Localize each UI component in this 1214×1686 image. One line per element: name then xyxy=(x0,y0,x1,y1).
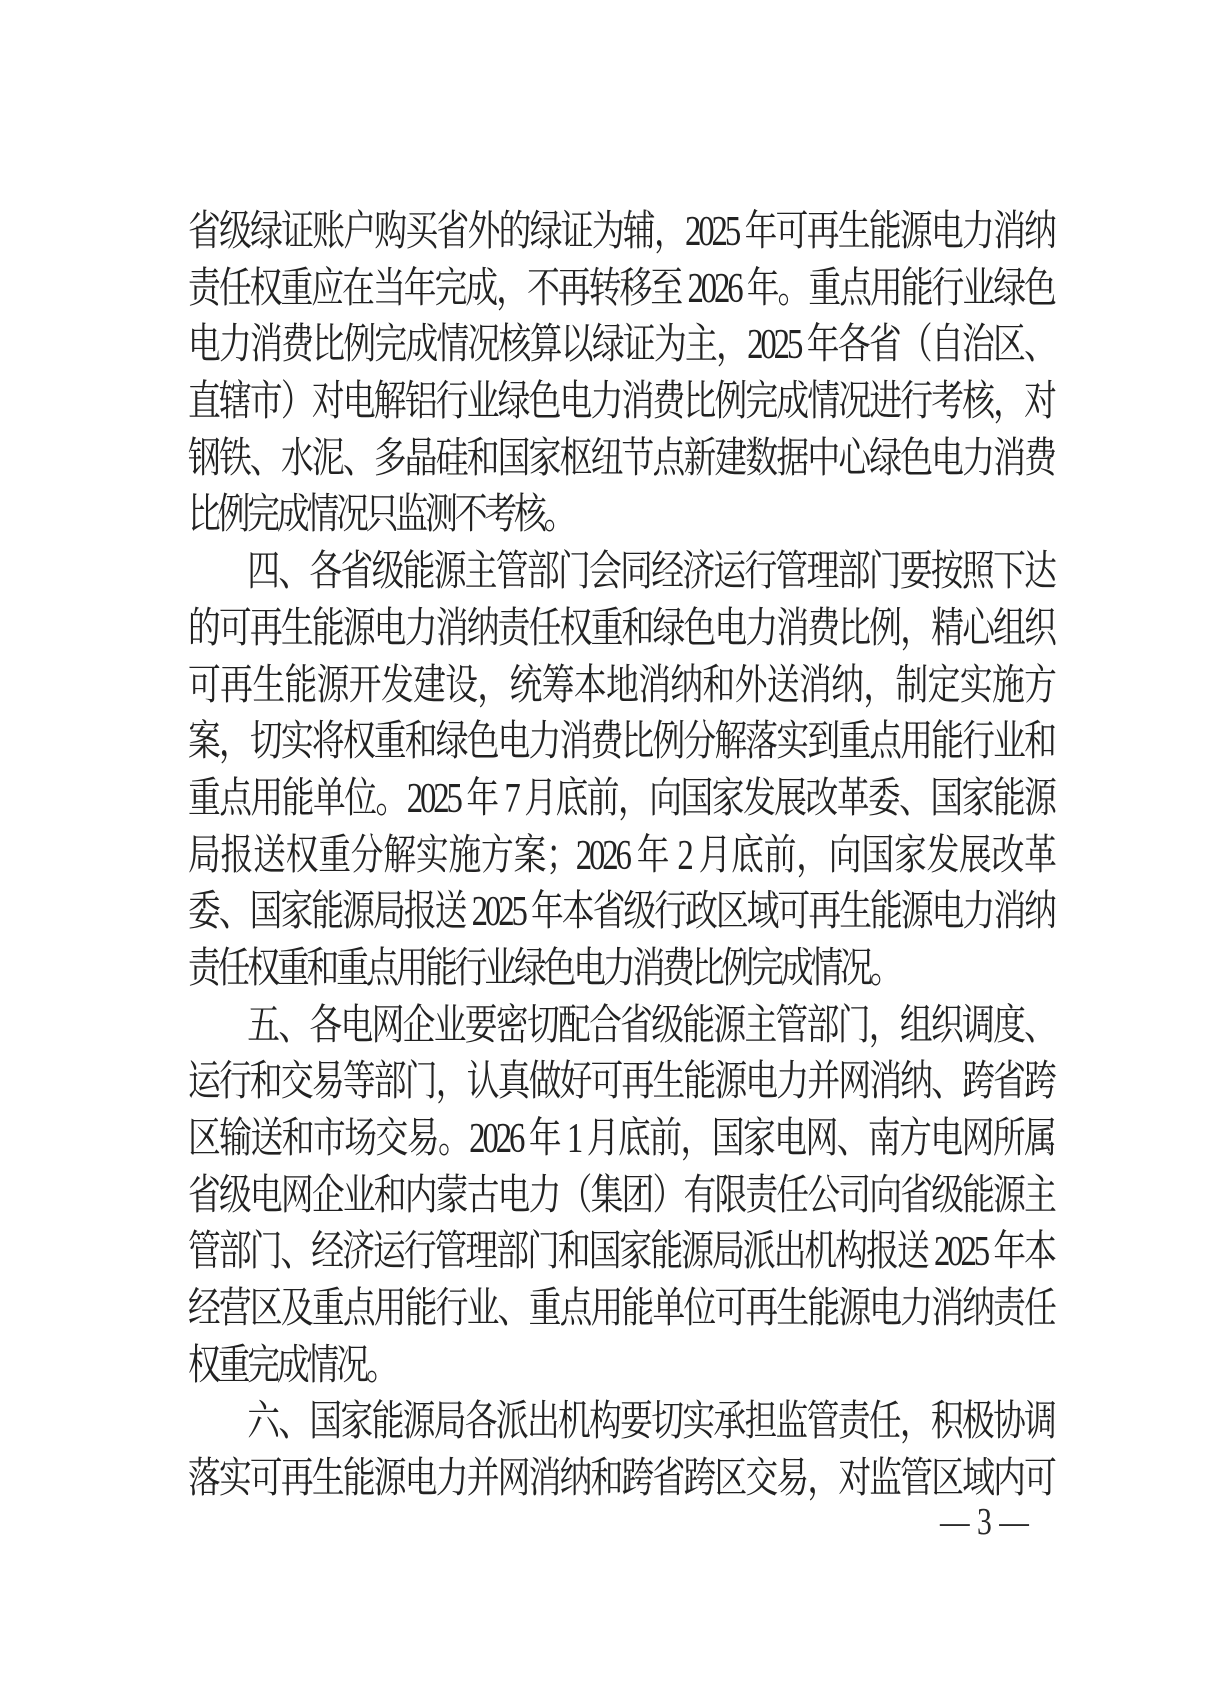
text-line: 运行和交易等部门，认真做好可再生能源电力并网消纳、跨省跨 xyxy=(188,1054,1054,1111)
text-line: 区输送和市场交易。2026 年 1 月底前，国家电网、南方电网所属 xyxy=(188,1111,1054,1168)
text-line: 电力消费比例完成情况核算以绿证为主，2025 年各省（自治区、 xyxy=(188,317,1054,374)
text-line: 可再生能源开发建设，统筹本地消纳和外送消纳，制定实施方 xyxy=(188,658,1054,715)
text-line: 委、国家能源局报送 2025 年本省级行政区域可再生能源电力消纳 xyxy=(188,884,1054,941)
document-body-text: 省级绿证账户购买省外的绿证为辅，2025 年可再生能源电力消纳责任权重应在当年完… xyxy=(188,204,1054,1508)
text-line: 责任权重和重点用能行业绿色电力消费比例完成情况。 xyxy=(188,941,1054,998)
text-line: 钢铁、水泥、多晶硅和国家枢纽节点新建数据中心绿色电力消费 xyxy=(188,431,1054,488)
text-line: 的可再生能源电力消纳责任权重和绿色电力消费比例，精心组织 xyxy=(188,601,1054,658)
text-line: 六、国家能源局各派出机构要切实承担监管责任，积极协调 xyxy=(188,1394,1054,1451)
text-line: 案，切实将权重和绿色电力消费比例分解落实到重点用能行业和 xyxy=(188,714,1054,771)
text-line: 局报送权重分解实施方案；2026 年 2 月底前，向国家发展改革 xyxy=(188,828,1054,885)
text-line: 省级电网企业和内蒙古电力（集团）有限责任公司向省级能源主 xyxy=(188,1168,1054,1225)
text-line: 四、各省级能源主管部门会同经济运行管理部门要按照下达 xyxy=(188,544,1054,601)
text-line: 责任权重应在当年完成，不再转移至 2026 年。重点用能行业绿色 xyxy=(188,261,1054,318)
page-number: — 3 — xyxy=(940,1503,1029,1541)
document-page: { "document": { "background": "#ffffff",… xyxy=(0,0,1214,1686)
text-line: 经营区及重点用能行业、重点用能单位可再生能源电力消纳责任 xyxy=(188,1281,1054,1338)
text-line: 省级绿证账户购买省外的绿证为辅，2025 年可再生能源电力消纳 xyxy=(188,204,1054,261)
text-line: 直辖市）对电解铝行业绿色电力消费比例完成情况进行考核，对 xyxy=(188,374,1054,431)
text-line: 落实可再生能源电力并网消纳和跨省跨区交易，对监管区域内可 xyxy=(188,1451,1054,1508)
text-line: 五、各电网企业要密切配合省级能源主管部门，组织调度、 xyxy=(188,998,1054,1055)
text-line: 权重完成情况。 xyxy=(188,1338,1054,1395)
scanned-page-background: 省级绿证账户购买省外的绿证为辅，2025 年可再生能源电力消纳责任权重应在当年完… xyxy=(0,0,1214,1686)
text-line: 管部门、经济运行管理部门和国家能源局派出机构报送 2025 年本 xyxy=(188,1224,1054,1281)
text-line: 比例完成情况只监测不考核。 xyxy=(188,487,1054,544)
text-line: 重点用能单位。2025 年 7 月底前，向国家发展改革委、国家能源 xyxy=(188,771,1054,828)
